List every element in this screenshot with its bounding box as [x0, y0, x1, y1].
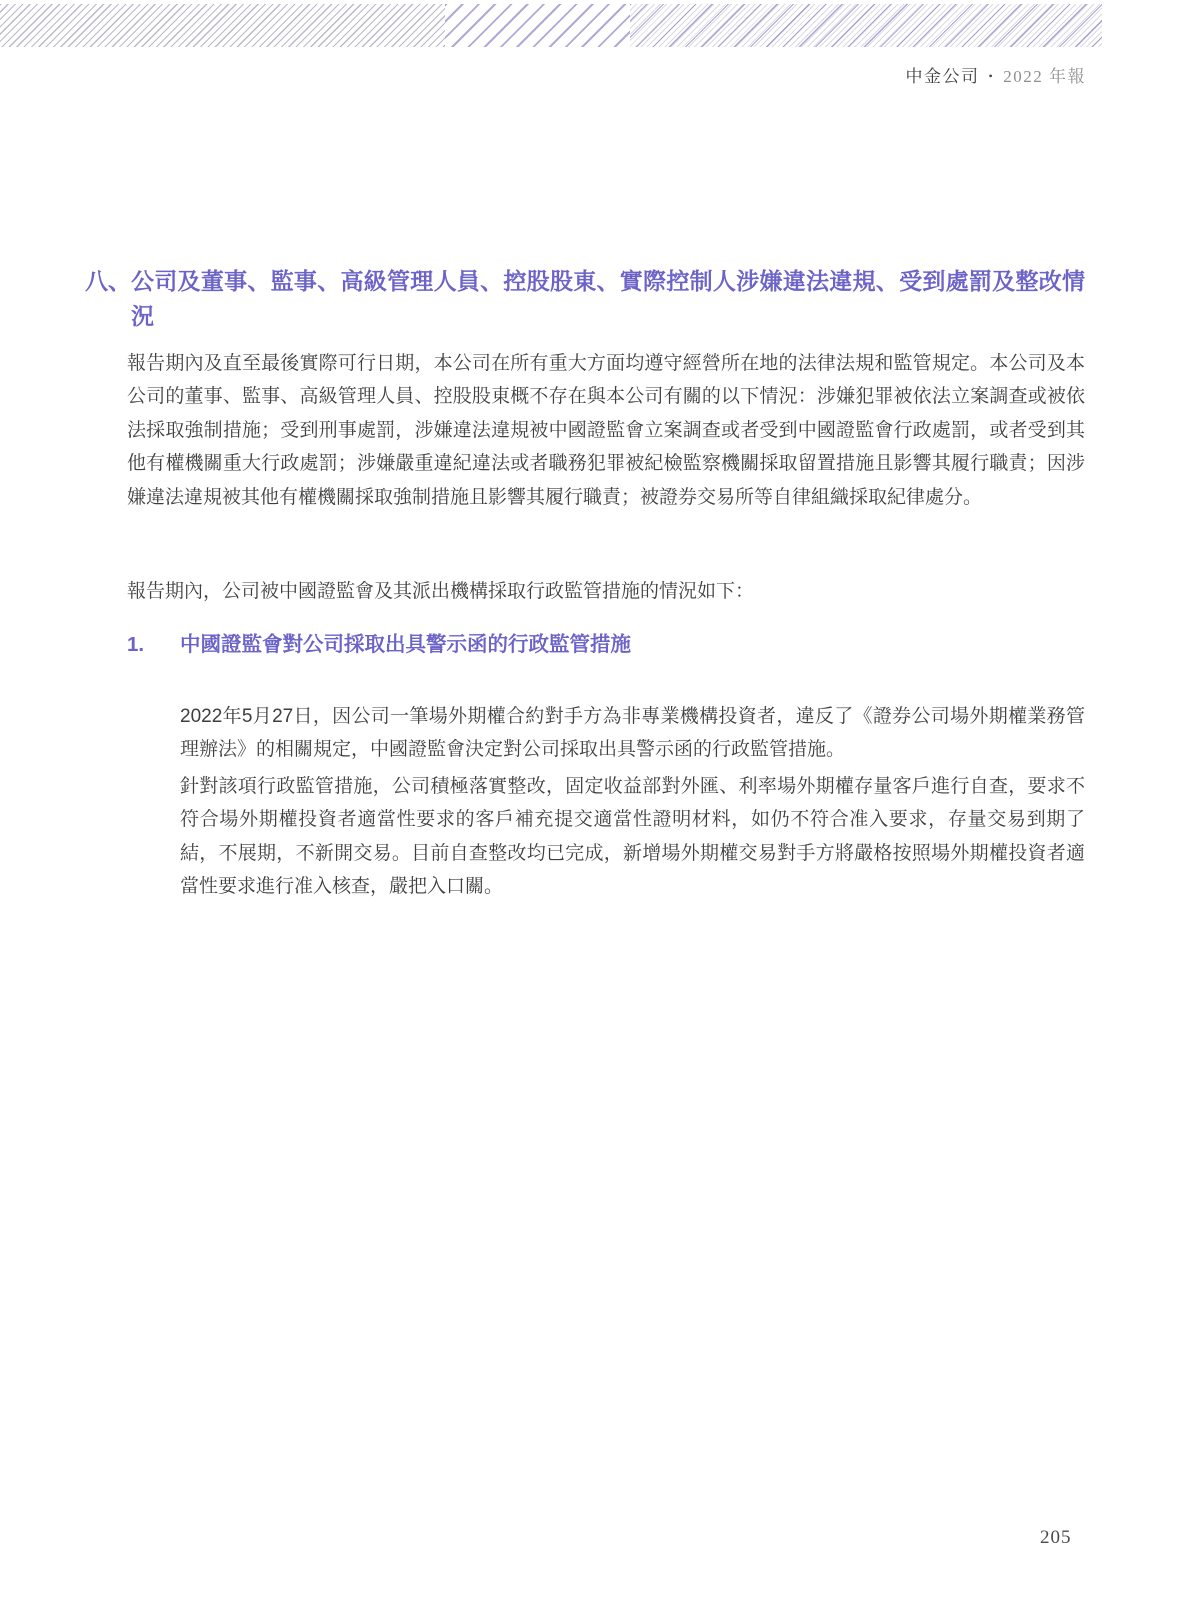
section-heading: 八、 公司及董事、監事、高級管理人員、控股股東、實際控制人涉嫌違法違規、受到處罰… [85, 264, 1085, 334]
section-number: 八、 [85, 264, 131, 334]
subsection-heading: 1. 中國證監會對公司採取出具警示函的行政監管措施 [127, 630, 1085, 660]
subsection-title: 中國證監會對公司採取出具警示函的行政監管措施 [180, 630, 1085, 660]
paragraph-rectification: 針對該項行政監管措施，公司積極落實整改，固定收益部對外匯、利率場外期權存量客戶進… [180, 770, 1085, 904]
bullet-separator: • [989, 69, 995, 83]
decorative-hatch-band [0, 4, 1102, 47]
paragraph-measures-intro: 報告期內，公司被中國證監會及其派出機構採取行政監管措施的情況如下： [127, 575, 1085, 608]
report-edition: 2022 年報 [1003, 67, 1086, 86]
page-number: 205 [1040, 1527, 1072, 1549]
company-name: 中金公司 [906, 67, 980, 86]
paragraph-warning-letter: 2022年5月27日，因公司一筆場外期權合約對手方為非專業機構投資者，違反了《證… [180, 700, 1085, 767]
hatch-segment-middle-purple [445, 4, 630, 47]
annual-report-page: 中金公司•2022 年報 八、 公司及董事、監事、高級管理人員、控股股東、實際控… [0, 0, 1190, 1615]
section-title: 公司及董事、監事、高級管理人員、控股股東、實際控制人涉嫌違法違規、受到處罰及整改… [131, 264, 1085, 334]
hatch-segment-right [630, 4, 1102, 47]
subsection-number: 1. [127, 630, 180, 660]
paragraph-compliance-statement: 報告期內及直至最後實際可行日期，本公司在所有重大方面均遵守經營所在地的法律法規和… [127, 347, 1085, 514]
hatch-segment-left [0, 4, 445, 47]
running-head: 中金公司•2022 年報 [906, 62, 1086, 87]
